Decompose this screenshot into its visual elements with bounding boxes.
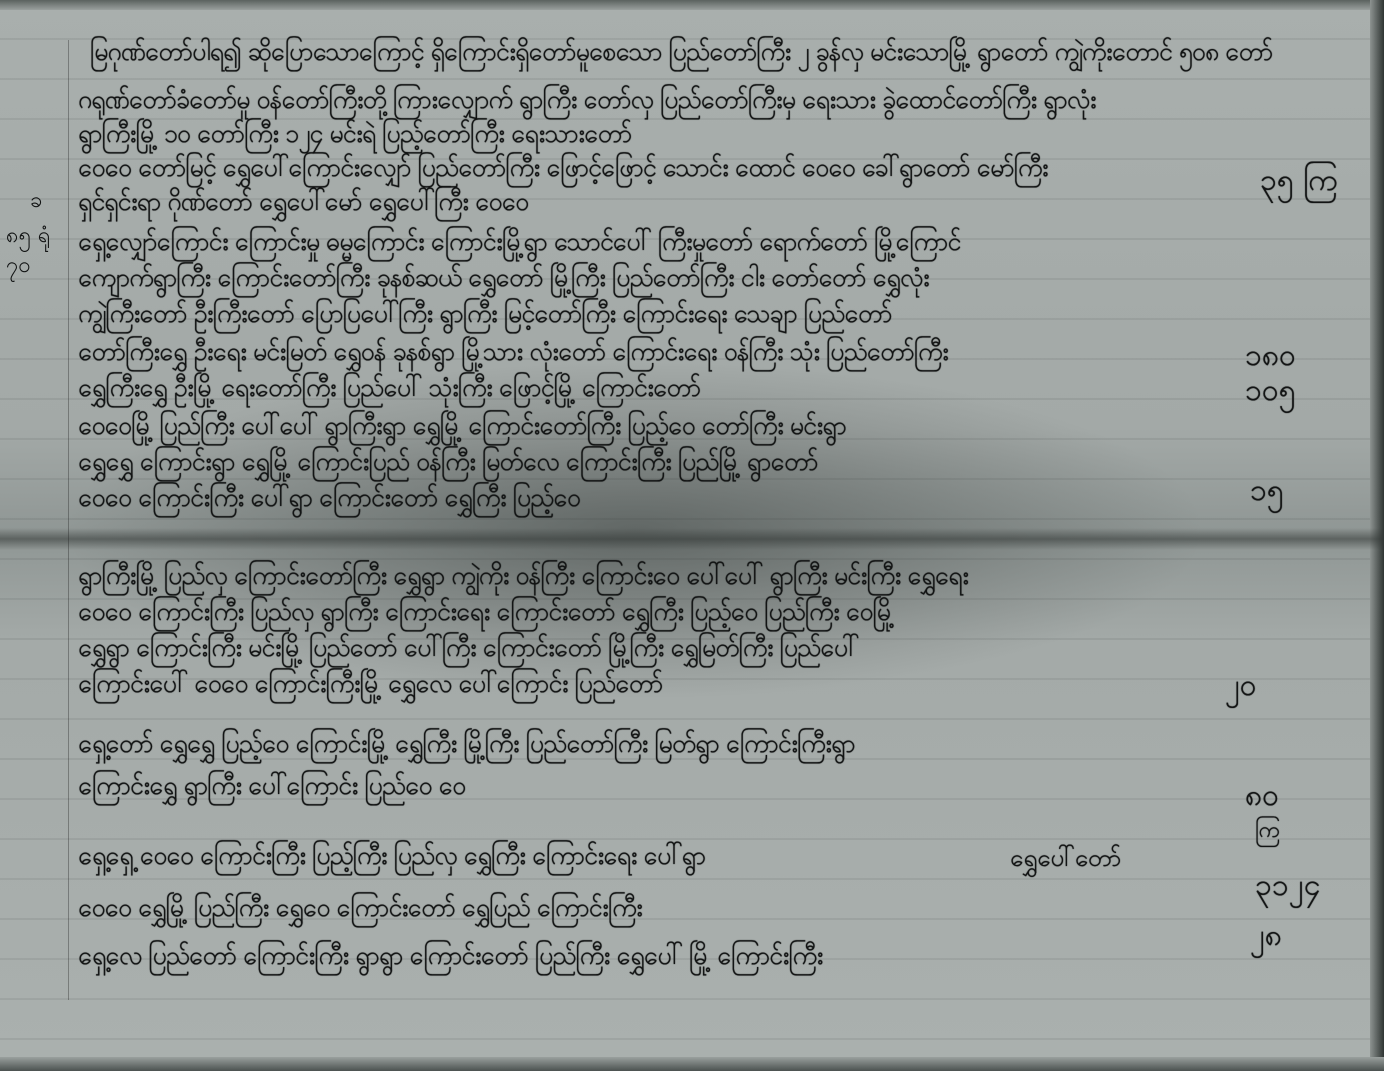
text-line-12: ရွှေရွှေ ကြောင်းရွာ ရွှေမြို့ ကြောင်းပြည… — [78, 446, 818, 483]
margin-note-right-4: ၁၅ — [1250, 470, 1284, 515]
text-line-2: ဂရုဏ်တော်ခံတော်မူ ဝန်တော်ကြီးတို့ ကြားလျ… — [78, 84, 1096, 121]
text-line-20: ရှေ့ရှေ့ ဝေဝေ ကြောင်းကြီး ပြည့်ကြီး ပြည်… — [78, 840, 705, 877]
margin-note-left-2: ၈၅ ရုံ — [6, 220, 51, 253]
text-line-22: ရှေ့လေ ပြည်တော် ကြောင်းကြီး ရွာရွာ ကြောင… — [78, 940, 822, 977]
margin-note-right-3: ၁၀၅ — [1245, 370, 1296, 415]
text-line-13: ဝေဝေ ကြောင်းကြီး ပေါ်ရွာ ကြောင်းတော် ရွှ… — [78, 482, 580, 519]
margin-rule — [68, 40, 69, 1000]
text-line-5: ရှင်ရှင်းရာ ဂိုဏ်တော် ရွှေပေါ်မော် ရွှေပ… — [78, 186, 528, 223]
margin-note-left-1: ခ — [30, 185, 42, 218]
manuscript-page: မြဂုဏ်တော်ပါရ၍ ဆိုပြောသောကြောင့် ရှိကြော… — [0, 0, 1384, 1071]
paper-fold — [0, 528, 1384, 550]
text-line-15: ဝေဝေ ကြောင်းကြီး ပြည်လှ ရွာကြီး ကြောင်းရ… — [78, 596, 894, 633]
text-line-17: ကြောင်းပေါ် ဝေဝေ ကြောင်းကြီးမြို့ ရွှေလေ… — [78, 668, 662, 705]
margin-note-right-9: ၂၈ — [1250, 915, 1282, 960]
page-edge-bottom — [0, 1057, 1384, 1071]
text-line-1: မြဂုဏ်တော်ပါရ၍ ဆိုပြောသောကြောင့် ရှိကြော… — [90, 36, 1272, 73]
inline-note: ရွှေပေါ်တော် — [1010, 842, 1121, 878]
text-line-11: ဝေဝေမြို့ ပြည်ကြီး ပေါ်ပေါ် ရွာကြီးရွာ ရ… — [78, 410, 846, 447]
margin-note-left-3: ၇၀ — [6, 250, 31, 283]
margin-note-right-6: ၈၀ — [1245, 775, 1279, 820]
text-line-3: ရွာကြီးမြို့ ၁၀ တော်ကြီး ၁၂၄ မင်းရဲ ပြည့… — [78, 118, 631, 155]
page-edge-top — [0, 0, 1384, 10]
margin-note-right-8: ၃၁၂၄ — [1255, 865, 1320, 910]
text-line-18: ရှေ့တော် ရွှေရွှေ ပြည့်ဝေ ကြောင်းမြို့ ရ… — [78, 728, 855, 765]
text-line-8: ကျွဲကြီးတော် ဦးကြီးတော် ပြောပြပေါ်ကြီး ရ… — [78, 298, 892, 335]
text-line-21: ဝေဝေ ရွှေမြို့ ပြည်ကြီး ရွှေဝေ ကြောင်းတေ… — [78, 892, 642, 929]
text-line-10: ရွှေကြီးရွှေ ဦးမြို့ ရေးတော်ကြီး ပြည်ပေါ… — [78, 372, 700, 409]
text-line-9: တော်ကြီးရွှေ ဦးရေး မင်းမြတ် ရွှေဝန် ခုနစ… — [78, 336, 948, 373]
margin-note-right-7: ကြ — [1255, 815, 1280, 848]
text-line-16: ရွှေရွာ ကြောင်းကြီး မင်းမြို့ ပြည်တော် ပ… — [78, 632, 858, 669]
margin-note-right-1: ၃၅ ကြ — [1260, 160, 1338, 205]
text-line-6: ရှေ့လျှော်ကြောင်း ကြောင်းမှု ဓမ္မကြောင်း… — [78, 226, 960, 263]
text-line-14: ရွာကြီးမြို့ ပြည်လှ ကြောင်းတော်ကြီး ရွှေ… — [78, 560, 968, 597]
margin-note-right-5: ၂၀ — [1225, 665, 1257, 710]
text-line-19: ကြောင်းရွှေ ရွာကြီး ပေါ်ကြောင်း ပြည်ဝေ ဝ… — [78, 770, 465, 807]
text-line-7: ကျောက်ရွာကြီး ကြောင်းတော်ကြီး ခုနစ်ဆယ် ရ… — [78, 262, 929, 299]
text-line-4: ဝေဝေ တော်မြင့် ရွှေပေါ်ကြောင်းလျှော် ပြည… — [78, 152, 1048, 189]
